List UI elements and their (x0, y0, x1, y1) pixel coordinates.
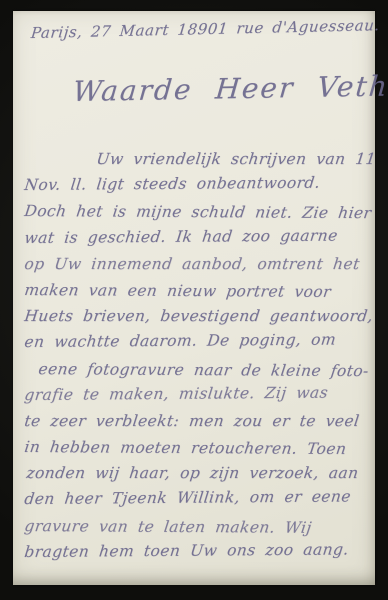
handwriting-line: bragten hem toen Uw ons zoo aang. (22, 540, 379, 569)
handwriting-line: den heer Tjeenk Willink, om er eene (22, 488, 379, 517)
return-address-text: 1 rue d'Aguesseau. (217, 16, 381, 38)
handwriting-line: grafie te maken, mislukte. Zij was (22, 383, 379, 412)
handwriting-line: te zeer verbleekt: men zou er te veel (22, 412, 379, 438)
handwriting-line: op Uw innemend aanbod, omtrent het (22, 255, 379, 281)
handwriting-line: Nov. ll. ligt steeds onbeantwoord. (22, 173, 379, 202)
letter-paper: Parijs, 27 Maart 1890 1 rue d'Aguesseau.… (13, 11, 375, 585)
handwriting-line: zonden wij haar, op zijn verzoek, aan (22, 464, 379, 490)
handwriting-line: wat is geschied. Ik had zoo gaarne (22, 226, 379, 255)
handwriting-line: Huets brieven, bevestigend geantwoord, (22, 307, 379, 333)
place-date-text: Parijs, 27 Maart 1890 (30, 20, 219, 42)
handwriting-line: Uw vriendelijk schrijven van 11 (22, 150, 379, 176)
handwriting-line: in hebben moeten retoucheren. Toen (22, 438, 379, 466)
letter-body: Uw vriendelijk schrijven van 11 Nov. ll.… (24, 150, 378, 569)
photo-background: Parijs, 27 Maart 1890 1 rue d'Aguesseau.… (0, 0, 388, 600)
handwriting-line: en wachtte daarom. De poging, om (22, 331, 379, 360)
salutation-text: Waarde Heer Veth, (72, 69, 388, 108)
letter-header: Parijs, 27 Maart 1890 1 rue d'Aguesseau. (30, 16, 369, 42)
handwriting-line: maken van een nieuw portret voor (22, 281, 379, 309)
